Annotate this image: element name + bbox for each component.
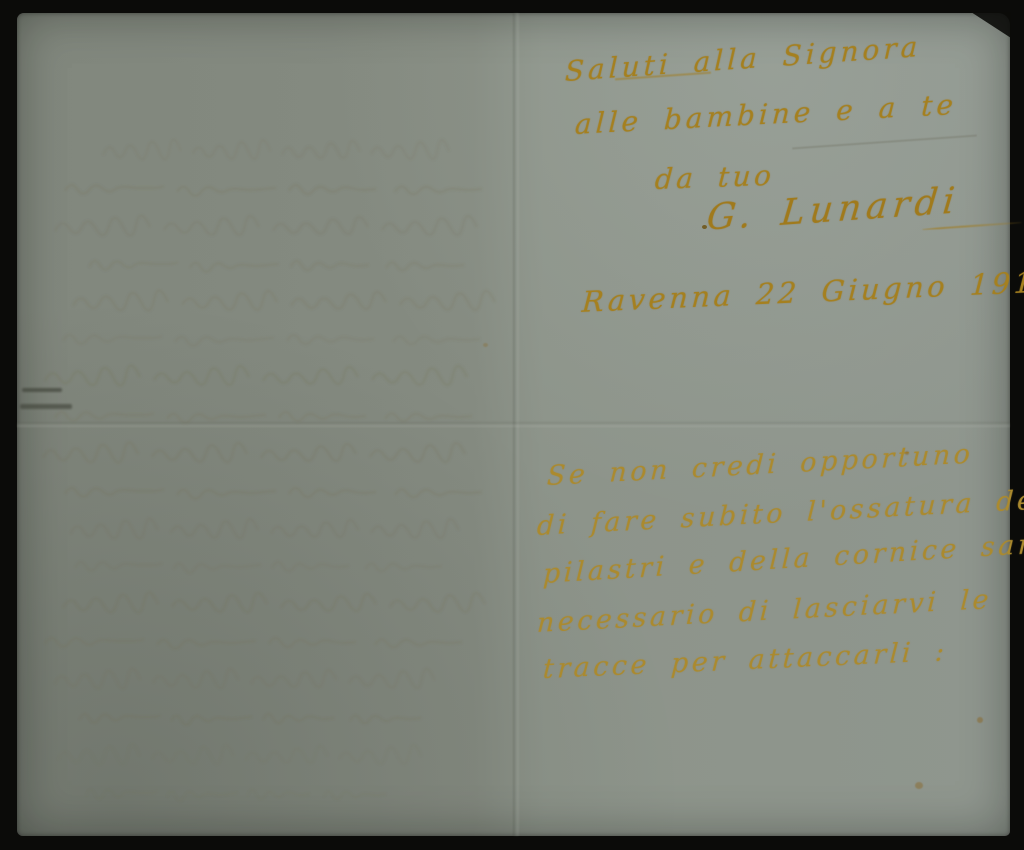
pencil-stroke bbox=[792, 135, 977, 149]
bleedthrough-line bbox=[55, 215, 477, 235]
scan-frame: Saluti alla Signora alle bambine e a te … bbox=[0, 0, 1024, 850]
bleedthrough-line bbox=[45, 638, 462, 649]
bleedthrough-line bbox=[103, 139, 449, 159]
bleedthrough-line bbox=[89, 261, 464, 272]
bleedthrough-line bbox=[73, 290, 495, 310]
foxing-speck bbox=[483, 343, 488, 347]
foxing-speck bbox=[915, 782, 923, 789]
postscript-line: Se non credi opportuno bbox=[546, 439, 974, 492]
bleedthrough-line bbox=[75, 562, 442, 573]
bleedthrough-line bbox=[79, 714, 421, 725]
bleedthrough-line bbox=[58, 744, 421, 764]
postscript-line: necessario di lasciarvi le bbox=[536, 584, 993, 639]
edge-smudge bbox=[20, 404, 72, 409]
dateline: Ravenna 22 Giugno 1910 bbox=[581, 264, 1024, 319]
bleedthrough-line bbox=[63, 592, 485, 612]
horizontal-fold-crease bbox=[17, 422, 1010, 428]
bleedthrough-line bbox=[65, 488, 482, 499]
closing-line: alle bambine e a te bbox=[574, 88, 958, 141]
postscript-line: tracce per attaccarli : bbox=[542, 636, 949, 685]
foxing-speck bbox=[905, 451, 909, 455]
closing-line: da tuo bbox=[654, 159, 776, 196]
bleedthrough-line bbox=[70, 518, 458, 538]
bleedthrough-line bbox=[86, 790, 386, 801]
bleedthrough-line bbox=[45, 365, 467, 385]
letter-paper: Saluti alla Signora alle bambine e a te … bbox=[17, 13, 1010, 836]
bleedthrough-line bbox=[63, 335, 480, 346]
corner-shadow bbox=[971, 12, 1011, 38]
bleedthrough-line bbox=[65, 185, 482, 196]
bleedthrough-line bbox=[43, 442, 465, 462]
edge-smudge bbox=[22, 388, 62, 392]
foxing-speck bbox=[977, 717, 983, 723]
bleedthrough-line bbox=[55, 668, 435, 688]
